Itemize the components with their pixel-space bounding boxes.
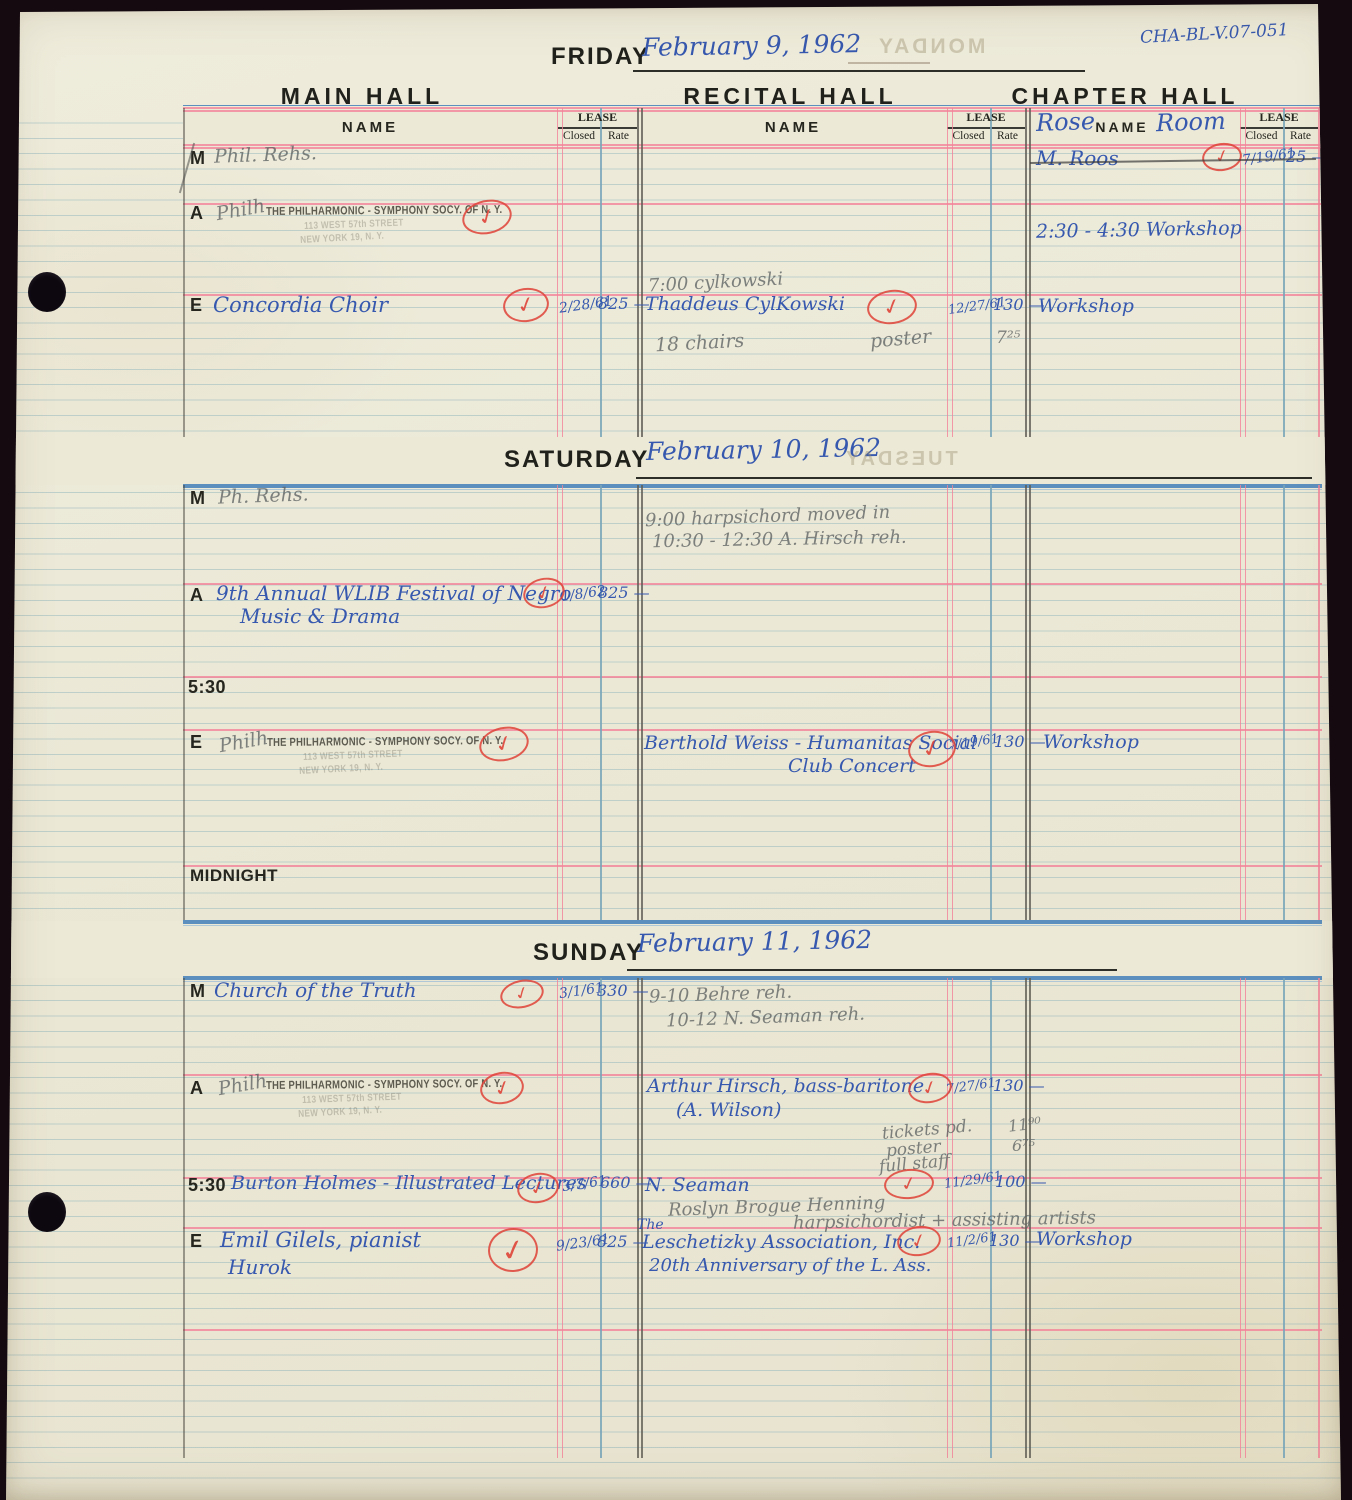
saturday-main-a-entry2: Music & Drama bbox=[240, 606, 400, 627]
bleedthrough-monday: MONDAY bbox=[876, 36, 985, 58]
friday-recital-e-entry: Thaddeus CylKowski bbox=[645, 295, 845, 315]
handwritten-entries-layer: CHA-BL-V.07-051MONDAYMAEPhil. Rehs.Philh… bbox=[0, 0, 1352, 1500]
sunday-recital-m-note2: 10-12 N. Seaman reh. bbox=[666, 1006, 866, 1032]
saturday-main-m-entry: Ph. Rehs. bbox=[218, 485, 309, 508]
friday-recital-e-rate: 130 — bbox=[993, 297, 1045, 314]
saturday-main-a-entry: 9th Annual WLIB Festival of Negro bbox=[216, 583, 571, 604]
lease-check-icon: ✓ bbox=[865, 287, 919, 328]
ledger-page: FRIDAY February 9, 1962 MAIN HALL RECITA… bbox=[0, 0, 1352, 1500]
sunday-530-recital-entry: N. Seaman bbox=[645, 1176, 750, 1196]
sunday-main-a-client: Philh bbox=[217, 1072, 269, 1100]
saturday-main-a-rate: 825 — bbox=[598, 585, 650, 602]
sunday-recital-a-closed: 7/27/61 bbox=[945, 1077, 997, 1097]
lease-check-icon: ✓ bbox=[476, 722, 532, 766]
philharmonic-stamp: THE PHILHARMONIC - SYMPHONY SOCY. OF N. … bbox=[266, 1078, 502, 1092]
sunday-recital-a-amount2: 6⁷⁵ bbox=[1012, 1138, 1035, 1155]
friday-recital-e-chairs: 18 chairs bbox=[655, 332, 745, 357]
friday-chapter-a-entry: 2:30 - 4:30 Workshop bbox=[1036, 219, 1242, 243]
friday-main-e-entry: Concordia Choir bbox=[213, 294, 388, 316]
sunday-main-e-entry2: Hurok bbox=[228, 1257, 292, 1278]
scan-background: FRIDAY February 9, 1962 MAIN HALL RECITA… bbox=[0, 0, 1352, 1500]
bleedthrough-tuesday: TUESDAY bbox=[843, 449, 958, 470]
saturday-chapter-e-entry: Workshop bbox=[1043, 733, 1139, 753]
lease-check-icon: ✓ bbox=[1200, 140, 1244, 173]
sunday-recital-e-entry: Leschetizky Association, Inc. bbox=[642, 1233, 920, 1253]
sunday-main-m-rate: 330 — bbox=[597, 983, 649, 1000]
punch-hole-top bbox=[28, 272, 66, 312]
saturday-main-e-client: Philh bbox=[218, 729, 270, 757]
saturday-recital-m-note2: 10:30 - 12:30 A. Hirsch reh. bbox=[652, 529, 907, 552]
sunday-main-e-rate: 825 — bbox=[597, 1234, 649, 1251]
friday-recital-e-poster: poster bbox=[869, 327, 932, 352]
sunday-recital-e-rate: 130 — bbox=[989, 1233, 1041, 1250]
sunday-recital-a-rate: 130 — bbox=[993, 1078, 1045, 1095]
row-label-a: A bbox=[190, 586, 204, 605]
row-label-e: E bbox=[190, 733, 203, 752]
row-label-530: 5:30 bbox=[188, 1176, 226, 1195]
sunday-530-recital-rate: 100 — bbox=[995, 1174, 1047, 1191]
lease-check-icon: ✓ bbox=[459, 195, 515, 239]
sunday-recital-m-note1: 9-10 Behre reh. bbox=[649, 984, 793, 1008]
friday-main-e-rate: 825 — bbox=[598, 296, 650, 313]
sunday-recital-a-entry2: (A. Wilson) bbox=[676, 1101, 781, 1121]
row-label-midnight: MIDNIGHT bbox=[190, 867, 278, 885]
lease-check-icon: ✓ bbox=[478, 1068, 527, 1107]
saturday-recital-e-entry2: Club Concert bbox=[788, 757, 916, 777]
row-label-e: E bbox=[190, 296, 203, 315]
sunday-main-m-entry: Church of the Truth bbox=[214, 980, 417, 1001]
lease-check-icon: ✓ bbox=[520, 574, 567, 612]
friday-main-a-client: Philh bbox=[215, 197, 267, 225]
sunday-recital-e-entry2: 20th Anniversary of the L. Ass. bbox=[649, 1257, 931, 1276]
friday-chapter-m-entry: M. Roos bbox=[1036, 148, 1119, 169]
row-label-530: 5:30 bbox=[188, 678, 226, 697]
philharmonic-stamp-city: NEW YORK 19, N. Y. bbox=[300, 232, 384, 247]
row-label-m: M bbox=[190, 982, 206, 1001]
friday-chapter-e-entry: Workshop bbox=[1038, 297, 1134, 317]
row-label-a: A bbox=[190, 1079, 204, 1098]
row-label-a: A bbox=[190, 204, 204, 223]
catalog-number: CHA-BL-V.07-051 bbox=[1140, 22, 1289, 48]
sunday-recital-a-amount1: 11⁹⁰ bbox=[1007, 1115, 1042, 1135]
friday-recital-e-poster-amount: 7²⁵ bbox=[996, 330, 1020, 348]
philharmonic-stamp-address: 113 WEST 57th STREET bbox=[303, 750, 403, 764]
lease-check-icon: ✓ bbox=[486, 1226, 540, 1274]
philharmonic-stamp: THE PHILHARMONIC - SYMPHONY SOCY. OF N. … bbox=[267, 735, 503, 749]
sunday-recital-a-entry: Arthur Hirsch, bass-baritone bbox=[647, 1077, 924, 1097]
saturday-recital-e-rate: 130 — bbox=[994, 734, 1046, 751]
sunday-chapter-e-entry: Workshop bbox=[1036, 1230, 1132, 1250]
lease-check-icon: ✓ bbox=[498, 976, 547, 1013]
friday-main-m-entry: Phil. Rehs. bbox=[214, 144, 317, 168]
sunday-main-e-entry: Emil Gilels, pianist bbox=[220, 1229, 421, 1251]
punch-hole-bottom bbox=[28, 1192, 66, 1232]
sunday-530-main-rate: 660 — bbox=[600, 1175, 652, 1192]
philharmonic-stamp-address: 113 WEST 57th STREET bbox=[304, 219, 404, 233]
row-label-m: M bbox=[190, 489, 206, 508]
bleedthrough-line bbox=[848, 62, 930, 64]
philharmonic-stamp-address: 113 WEST 57th STREET bbox=[302, 1093, 402, 1107]
row-label-e: E bbox=[190, 1232, 203, 1251]
philharmonic-stamp-city: NEW YORK 19, N. Y. bbox=[298, 1106, 382, 1121]
lease-check-icon: ✓ bbox=[501, 285, 551, 325]
philharmonic-stamp-city: NEW YORK 19, N. Y. bbox=[299, 763, 383, 778]
